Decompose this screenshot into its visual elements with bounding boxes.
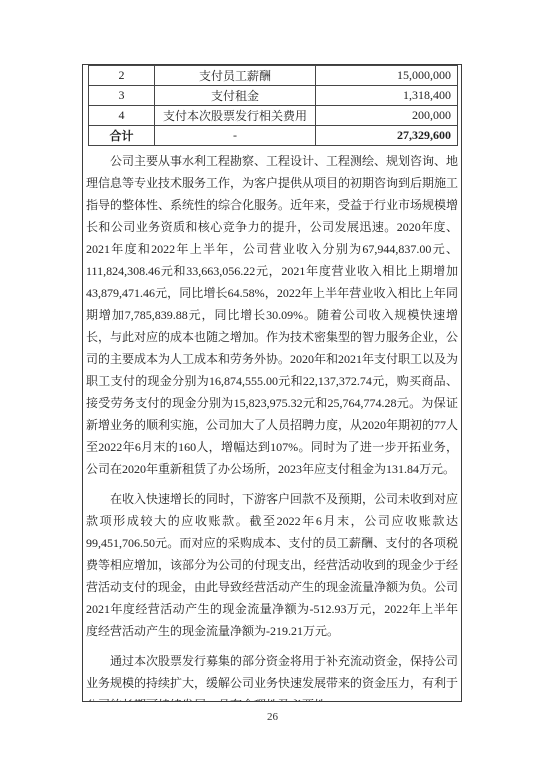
total-item-cell: - xyxy=(155,126,316,146)
table-row: 3 支付租金 1,318,400 xyxy=(89,86,458,106)
row-index-cell: 4 xyxy=(89,106,155,126)
body-paragraph: 公司主要从事水利工程勘察、工程设计、工程测绘、规划咨询、地理信息等专业技术服务工… xyxy=(86,150,458,480)
document-page: 2 支付员工薪酬 15,000,000 3 支付租金 1,318,400 4 支… xyxy=(0,0,545,771)
body-text: 公司主要从事水利工程勘察、工程设计、工程测绘、规划咨询、地理信息等专业技术服务工… xyxy=(83,150,461,702)
row-amount-cell: 1,318,400 xyxy=(316,86,458,106)
content-frame: 2 支付员工薪酬 15,000,000 3 支付租金 1,318,400 4 支… xyxy=(82,64,462,702)
row-index-cell: 2 xyxy=(89,66,155,86)
row-item-cell: 支付租金 xyxy=(155,86,316,106)
table-row: 2 支付员工薪酬 15,000,000 xyxy=(89,66,458,86)
use-of-funds-table: 2 支付员工薪酬 15,000,000 3 支付租金 1,318,400 4 支… xyxy=(88,65,458,146)
body-paragraph: 在收入快速增长的同时，下游客户回款不及预期，公司未收到对应款项形成较大的应收账款… xyxy=(86,488,458,642)
total-amount-cell: 27,329,600 xyxy=(316,126,458,146)
body-paragraph: 通过本次股票发行募集的部分资金将用于补充流动资金，保持公司业务规模的持续扩大，缓… xyxy=(86,650,458,702)
row-amount-cell: 15,000,000 xyxy=(316,66,458,86)
row-item-cell: 支付员工薪酬 xyxy=(155,66,316,86)
table-total-row: 合计 - 27,329,600 xyxy=(89,126,458,146)
total-label-cell: 合计 xyxy=(89,126,155,146)
row-amount-cell: 200,000 xyxy=(316,106,458,126)
row-index-cell: 3 xyxy=(89,86,155,106)
table-row: 4 支付本次股票发行相关费用 200,000 xyxy=(89,106,458,126)
row-item-cell: 支付本次股票发行相关费用 xyxy=(155,106,316,126)
page-number: 26 xyxy=(0,711,545,723)
